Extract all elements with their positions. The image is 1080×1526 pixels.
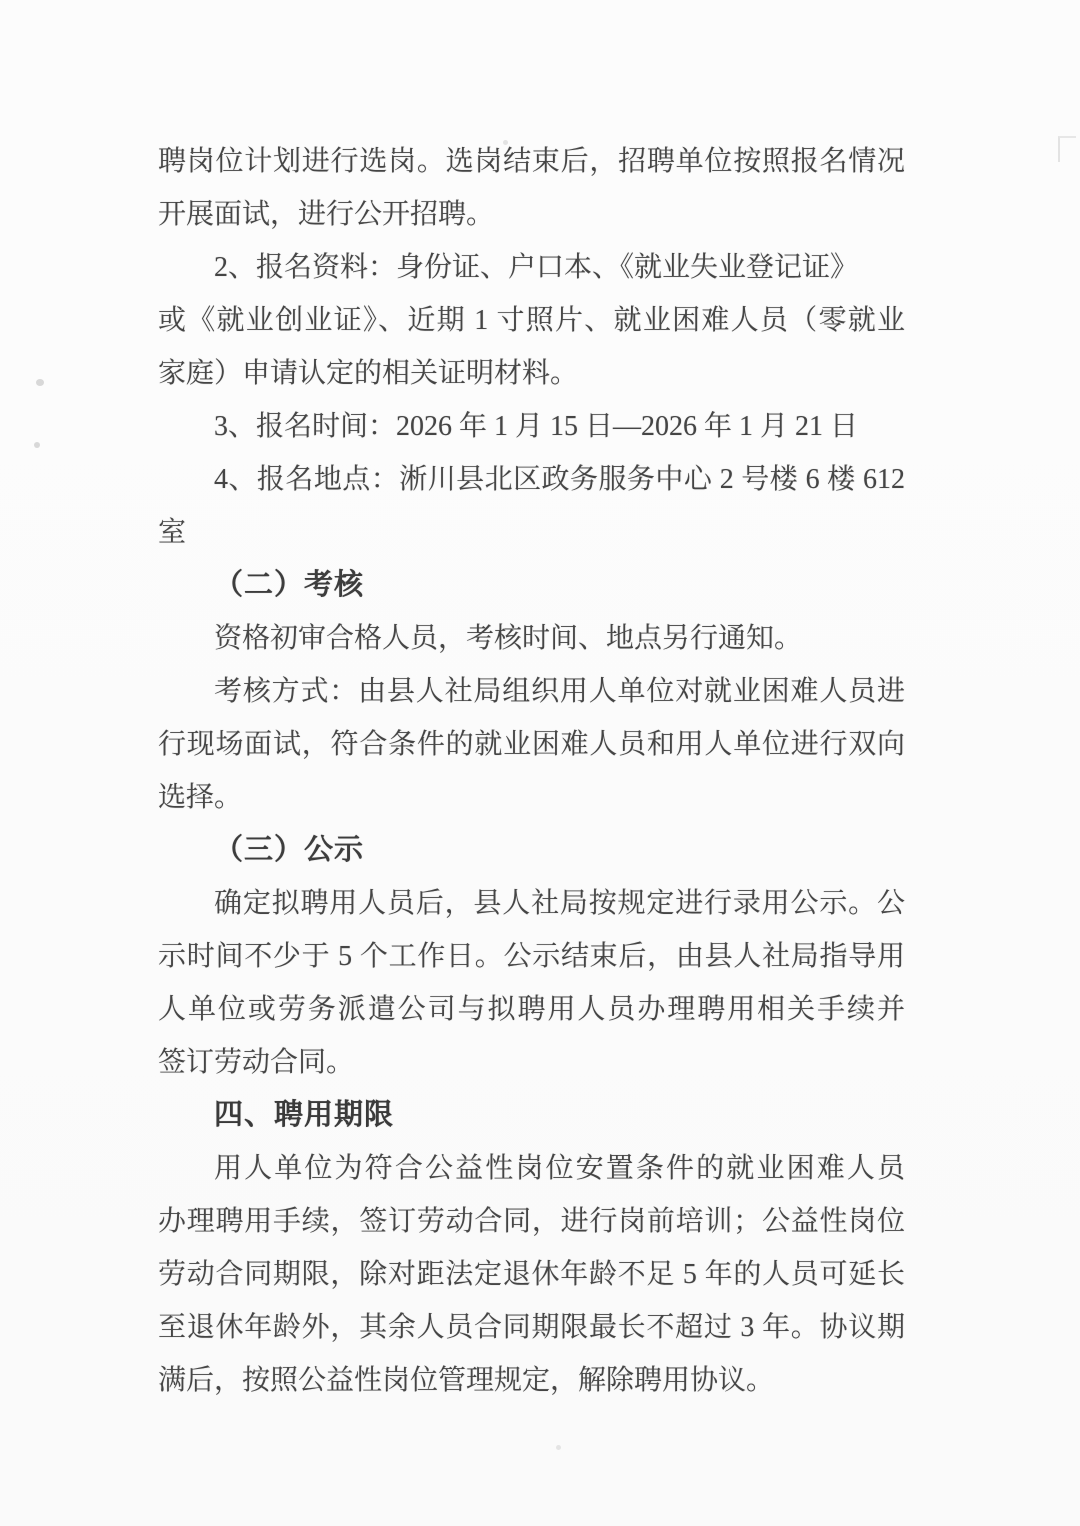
document-line: 开展面试，进行公开招聘。	[158, 188, 905, 241]
document-line: 人单位或劳务派遣公司与拟聘用人员办理聘用相关手续并	[158, 983, 905, 1036]
document-text-block: 聘岗位计划进行选岗。选岗结束后，招聘单位按照报名情况开展面试，进行公开招聘。2、…	[158, 135, 905, 1407]
document-line: 或《就业创业证》、近期 1 寸照片、就业困难人员（零就业	[158, 294, 905, 347]
document-line: 4、报名地点：淅川县北区政务服务中心 2 号楼 6 楼 612	[158, 453, 905, 506]
scan-artifact	[36, 379, 44, 386]
document-page: 聘岗位计划进行选岗。选岗结束后，招聘单位按照报名情况开展面试，进行公开招聘。2、…	[0, 0, 1080, 1526]
document-line: 签订劳动合同。	[158, 1036, 905, 1089]
document-line: 考核方式：由县人社局组织用人单位对就业困难人员进	[158, 665, 905, 718]
scan-artifact	[556, 1445, 561, 1450]
document-line: 3、报名时间：2026 年 1 月 15 日—2026 年 1 月 21 日	[158, 400, 905, 453]
document-line: 资格初审合格人员，考核时间、地点另行通知。	[158, 612, 905, 665]
document-line: 办理聘用手续，签订劳动合同，进行岗前培训；公益性岗位	[158, 1195, 905, 1248]
document-line: 劳动合同期限，除对距法定退休年龄不足 5 年的人员可延长	[158, 1248, 905, 1301]
document-line: 示时间不少于 5 个工作日。公示结束后，由县人社局指导用	[158, 930, 905, 983]
document-line: 聘岗位计划进行选岗。选岗结束后，招聘单位按照报名情况	[158, 135, 905, 188]
document-line: 至退休年龄外，其余人员合同期限最长不超过 3 年。协议期	[158, 1301, 905, 1354]
document-line: 满后，按照公益性岗位管理规定，解除聘用协议。	[158, 1354, 905, 1407]
document-line: （三）公示	[158, 824, 905, 877]
scan-artifact	[503, 140, 508, 145]
page-edge-mark	[1058, 136, 1076, 162]
document-line: （二）考核	[158, 559, 905, 612]
document-line: 用人单位为符合公益性岗位安置条件的就业困难人员	[158, 1142, 905, 1195]
document-line: 2、报名资料：身份证、户口本、《就业失业登记证》	[158, 241, 905, 294]
document-line: 选择。	[158, 771, 905, 824]
document-line: 四、聘用期限	[158, 1089, 905, 1142]
document-line: 室	[158, 506, 905, 559]
document-line: 家庭）申请认定的相关证明材料。	[158, 347, 905, 400]
document-line: 行现场面试，符合条件的就业困难人员和用人单位进行双向	[158, 718, 905, 771]
scan-artifact	[34, 442, 40, 448]
document-line: 确定拟聘用人员后，县人社局按规定进行录用公示。公	[158, 877, 905, 930]
